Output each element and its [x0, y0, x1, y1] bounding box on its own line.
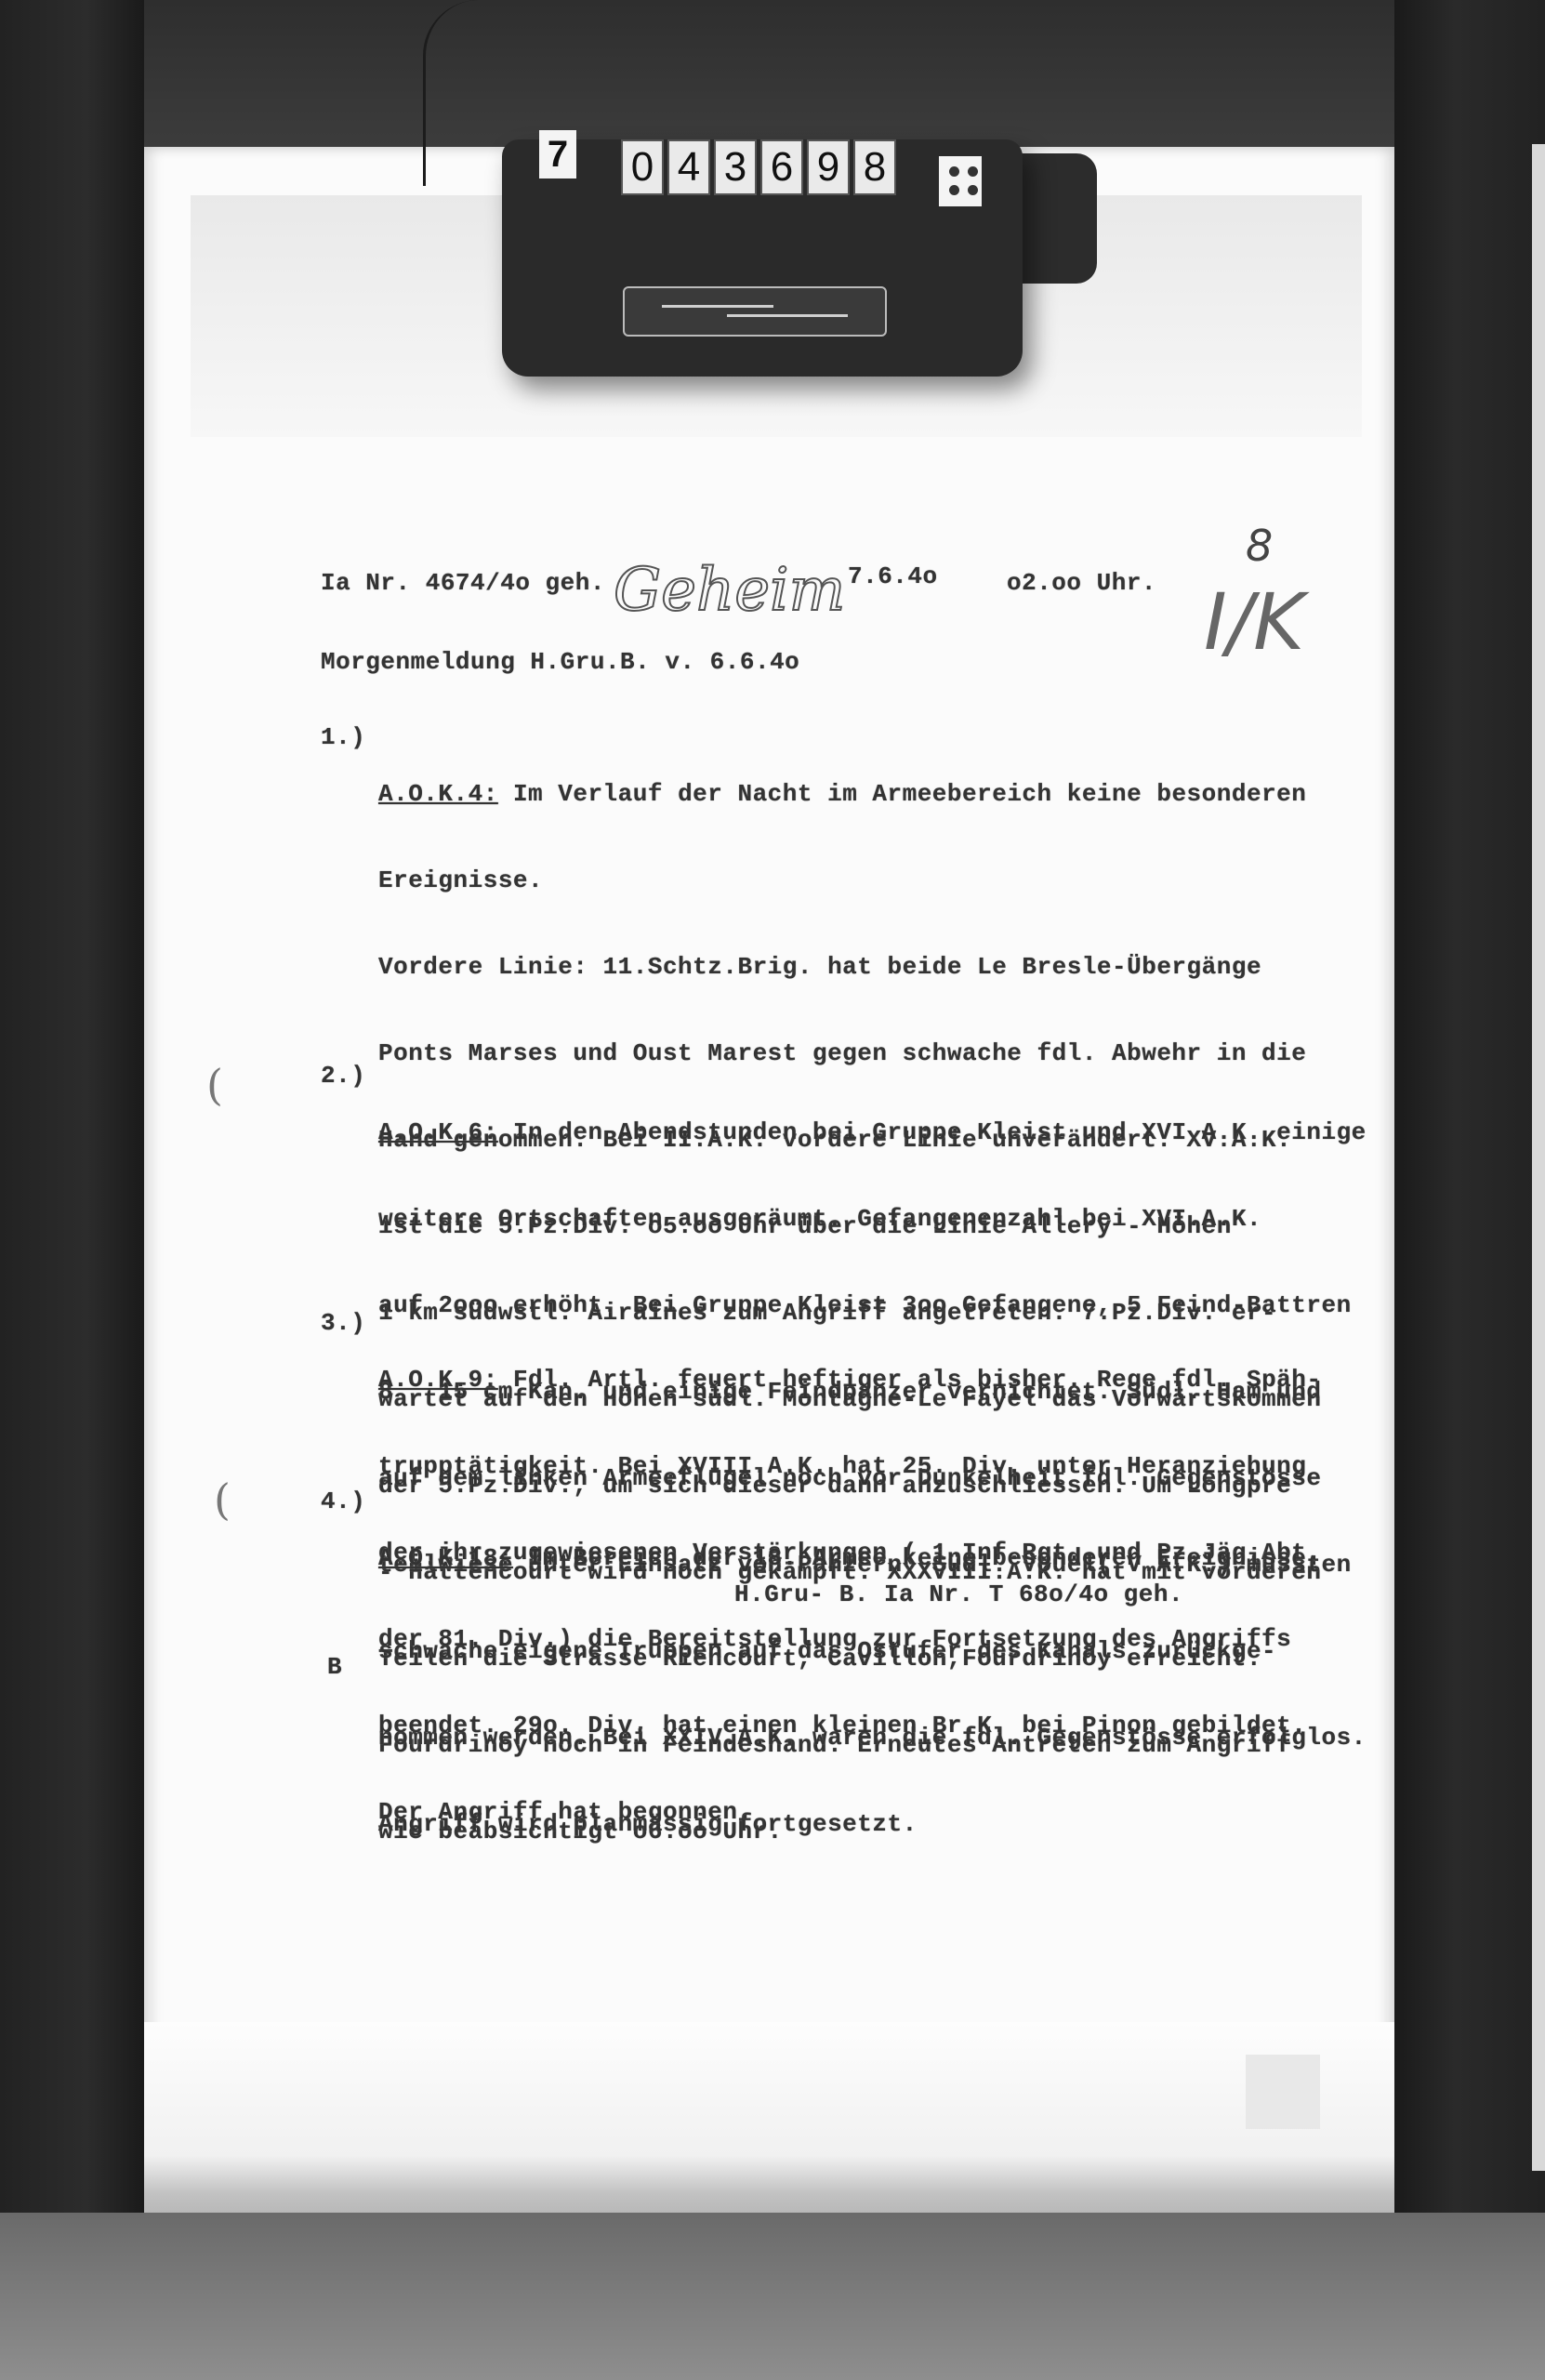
paragraph-body: A.O.K.18: Im Bereich der 18. Armee keine… [378, 1487, 1321, 1630]
paragraph-line: Vordere Linie: 11.Schtz.Brig. hat beide … [378, 952, 1321, 983]
paragraph-line: Ereignisse. [378, 866, 1321, 896]
counter-cable [423, 0, 509, 186]
film-background-top [0, 0, 1545, 149]
handwritten-mark: 8 [1246, 521, 1273, 571]
four-dot-icon [939, 156, 982, 206]
redacted-pixel-block [1246, 2055, 1320, 2129]
adjacent-frame-edge [1532, 144, 1545, 2171]
reference-number: Ia Nr. 4674/4o geh. [321, 569, 605, 597]
counter-digit: 6 [760, 139, 803, 195]
secret-stamp: Geheim [614, 556, 845, 625]
counter-digit: 9 [807, 139, 850, 195]
report-paragraph: 3.) A.O.K.9: Fdl. Artl. feuert heftiger … [321, 1309, 350, 1393]
paragraph-heading: A.O.K.6: [378, 1118, 498, 1146]
paragraph-line: Im Bereich der 18. Armee keine besondere… [513, 1544, 1322, 1572]
counter-digit: 3 [714, 139, 757, 195]
paragraph-heading: A.O.K.4: [378, 780, 498, 808]
counter-side-tab [1013, 153, 1097, 284]
report-paragraph: 4.) A.O.K.18: Im Bereich der 18. Armee k… [321, 1487, 350, 1571]
paragraph-line: In den Abendstunden bei Gruppe Kleist un… [513, 1118, 1367, 1146]
paragraph-line: Im Verlauf der Nacht im Armeebereich kei… [513, 780, 1306, 808]
paragraph-number: 2.) [321, 1062, 365, 1090]
footer-mark: B [327, 1653, 342, 1681]
handwritten-initials: I/K [1204, 576, 1304, 668]
counter-digits: 0 4 3 6 9 8 [621, 139, 896, 195]
film-border-right [1394, 0, 1545, 2380]
film-background-bottom [0, 2213, 1545, 2380]
report-title: Morgenmeldung H.Gru.B. v. 6.6.4o [321, 648, 799, 676]
paragraph-number: 4.) [321, 1487, 365, 1515]
paragraph-line: beendet. 29o. Div. hat einen kleinen Br.… [378, 1711, 1321, 1741]
signature-reference: H.Gru- B. Ia Nr. T 68o/4o geh. [734, 1580, 1183, 1608]
paragraph-line: Der Angriff hat begonnen. [378, 1797, 1321, 1828]
margin-punch-mark: ( [206, 1060, 223, 1110]
frame-number-tag: 7 [539, 130, 576, 178]
margin-punch-mark: ( [214, 1474, 231, 1525]
counter-digit: 0 [621, 139, 664, 195]
report-paragraph: 1.) A.O.K.4: Im Verlauf der Nacht im Arm… [321, 723, 350, 807]
redacted-pixelated-region [144, 2022, 1394, 2213]
report-paragraph: 2.) A.O.K.6: In den Abendstunden bei Gru… [321, 1062, 350, 1145]
film-border-left [0, 0, 144, 2380]
paragraph-heading: A.O.K.18: [378, 1544, 513, 1572]
paragraph-heading: A.O.K.9: [378, 1366, 498, 1394]
counter-digit: 4 [667, 139, 710, 195]
paragraph-number: 3.) [321, 1309, 365, 1337]
paragraph-line: Fdl. Artl. feuert heftiger als bisher. R… [513, 1366, 1322, 1394]
counter-digit: 8 [853, 139, 896, 195]
paragraph-line: trupptätigkeit. Bei XVIII.A.K. hat 25. D… [378, 1451, 1321, 1482]
paragraph-line: weitere Ortschaften ausgeräumt. Gefangen… [378, 1204, 1367, 1235]
paragraph-number: 1.) [321, 723, 365, 751]
document-date: 7.6.4o [848, 562, 938, 590]
document-time: o2.oo Uhr. [1007, 569, 1156, 597]
counter-nameplate [623, 286, 887, 337]
